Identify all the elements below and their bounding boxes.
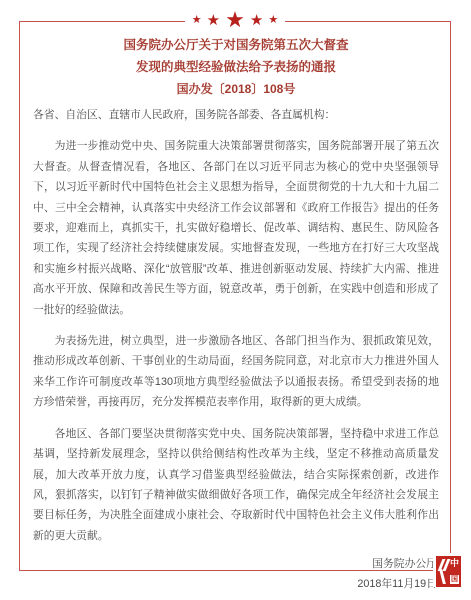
star-icon: ★: [225, 9, 245, 31]
logo-char-bottom: 国: [450, 575, 459, 584]
star-icon: ★: [268, 15, 278, 26]
signature: 国务院办公厅: [33, 554, 437, 574]
star-icon: ★: [207, 13, 220, 28]
document-content: 国务院办公厅关于对国务院第五次大督查 发现的典型经验做法给予表扬的通报 国办发〔…: [33, 34, 439, 594]
logo-char-top: 中: [450, 559, 459, 568]
gov-logo-icon: 中 国: [433, 553, 461, 587]
paragraph-1: 为进一步推动党中央、国务院重大决策部署贯彻落实，国务院部署开展了第五次大督查。从…: [33, 136, 439, 320]
star-group: ★ ★ ★ ★ ★: [185, 9, 285, 31]
doc-title-line2: 发现的典型经验做法给予表扬的通报: [33, 56, 439, 78]
gov-logo-box: 中 国: [436, 556, 461, 587]
paragraph-2: 为表扬先进，树立典型，进一步激励各地区、各部门担当作为、狠抓政策见效，推动形成改…: [33, 331, 439, 413]
paragraph-3: 各地区、各部门要坚决贯彻落实党中央、国务院决策部署，坚持稳中求进工作总基调，坚持…: [33, 424, 439, 546]
salutation: 各省、自治区、直辖市人民政府，国务院各部委、各直属机构：: [33, 105, 439, 125]
signature-block: 国务院办公厅 2018年11月19日: [33, 554, 439, 594]
signature-date: 2018年11月19日: [33, 574, 437, 594]
star-icon: ★: [250, 13, 263, 28]
doc-title-line1: 国务院办公厅关于对国务院第五次大督查: [33, 34, 439, 56]
doc-number: 国办发〔2018〕108号: [33, 78, 439, 100]
logo-stroke: [439, 569, 445, 584]
star-icon: ★: [192, 15, 202, 26]
